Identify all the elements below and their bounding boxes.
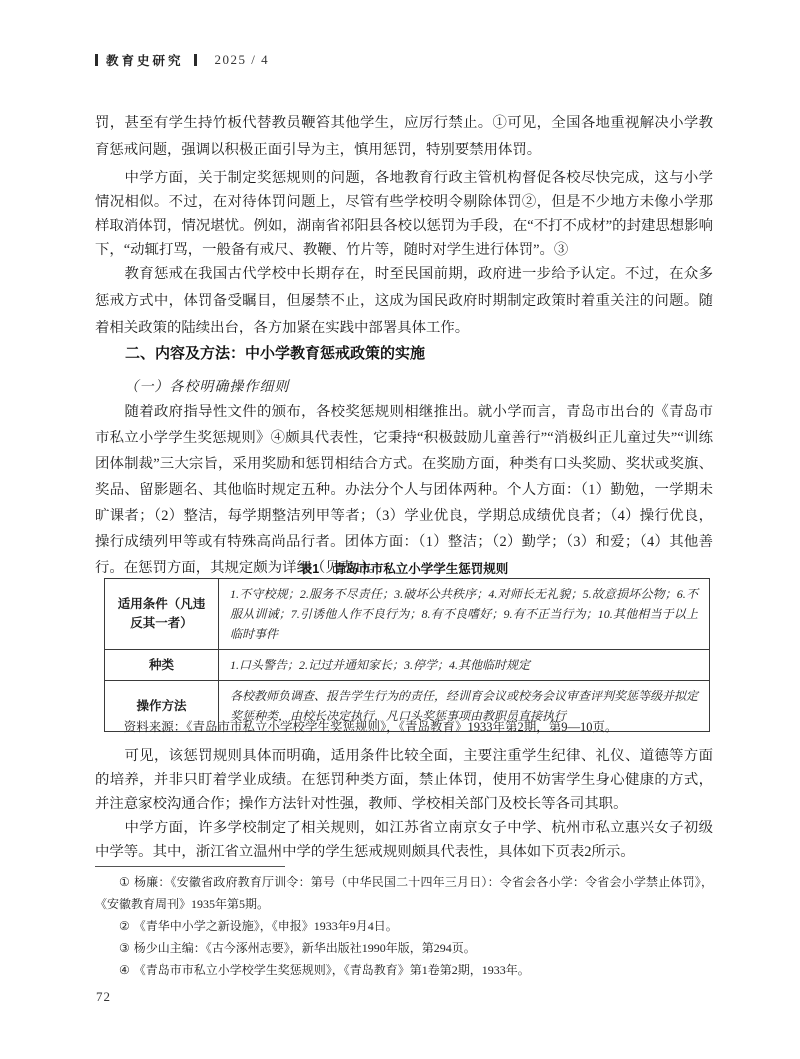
footnote-text: 《青华中小学之新设施》，《申报》1933年9月4日。 (134, 919, 398, 933)
footnote: ①杨廉：《安徽省政府教育厅训令：第号（中华民国二十四年三月日）：令省会各小学：令… (95, 871, 713, 915)
footnote-marker: ① (119, 875, 130, 889)
footnote-text: 杨少山主编：《古今涿州志要》，新华出版社1990年版，第294页。 (134, 941, 476, 955)
header-bar-icon (95, 54, 98, 66)
footnote-marker: ③ (119, 941, 130, 955)
footnote: ③杨少山主编：《古今涿州志要》，新华出版社1990年版，第294页。 (95, 937, 713, 959)
subsection-heading: （一）各校明确操作细则 (95, 376, 713, 396)
footnote-text: 杨廉：《安徽省政府教育厅训令：第号（中华民国二十四年三月日）：令省会各小学：令省… (95, 875, 713, 911)
footnote-separator (95, 866, 285, 867)
footnote-marker: ② (119, 919, 130, 933)
row-content-types: 1.口头警告；2.记过并通知家长；3.停学；4.其他临时规定 (219, 650, 710, 681)
paragraph-middle-schools: 中学方面，关于制定奖惩规则的问题，各地教育行政主管机构督促各校尽快完成，这与小学… (95, 166, 713, 262)
running-head: 教育史研究 2025 / 4 (95, 51, 269, 69)
paragraph-qingdao-rules: 随着政府指导性文件的颁布，各校奖惩规则相继推出。就小学而言，青岛市出台的《青岛市… (95, 399, 713, 581)
table-caption: 表1青岛市市私立小学学生惩罚规则 (95, 559, 713, 577)
paragraph-history: 教育惩戒在我国古代学校中长期存在，时至民国前期，政府进一步给予认定。不过，在众多… (95, 261, 713, 342)
table-caption-label: 表1 (300, 562, 319, 576)
footnote: ②《青华中小学之新设施》，《申报》1933年9月4日。 (95, 915, 713, 937)
row-header-conditions: 适用条件（凡违反其一者） (105, 579, 219, 650)
row-content-conditions: 1.不守校规；2.服务不尽责任；3.破坏公共秩序；4.对师长无礼貌；5.故意损坏… (219, 579, 710, 650)
footnote: ④《青岛市市私立小学校学生奖惩规则》，《青岛教育》第1卷第2期，1933年。 (95, 959, 713, 981)
table-row: 适用条件（凡违反其一者） 1.不守校规；2.服务不尽责任；3.破坏公共秩序；4.… (105, 579, 710, 650)
page-number: 72 (96, 989, 111, 1005)
header-bar-icon (194, 54, 197, 66)
journal-title: 教育史研究 (106, 51, 184, 69)
footnote-marker: ④ (119, 963, 130, 977)
footnotes: ①杨廉：《安徽省政府教育厅训令：第号（中华民国二十四年三月日）：令省会各小学：令… (95, 871, 713, 981)
issue-label: 2025 / 4 (215, 52, 270, 68)
row-header-types: 种类 (105, 650, 219, 681)
table-caption-title: 青岛市市私立小学学生惩罚规则 (333, 562, 508, 576)
table-row: 种类 1.口头警告；2.记过并通知家长；3.停学；4.其他临时规定 (105, 650, 710, 681)
punishment-rules-table: 适用条件（凡违反其一者） 1.不守校规；2.服务不尽责任；3.破坏公共秩序；4.… (104, 578, 710, 732)
footnote-text: 《青岛市市私立小学校学生奖惩规则》，《青岛教育》第1卷第2期，1933年。 (134, 963, 530, 977)
journal-page: 教育史研究 2025 / 4 罚，甚至有学生持竹板代替教员鞭笞其他学生，应厉行禁… (0, 0, 800, 1059)
paragraph-continuation: 罚，甚至有学生持竹板代替教员鞭笞其他学生，应厉行禁止。①可见，全国各地重视解决小… (95, 110, 713, 164)
table-source-note: 资料来源：《青岛市市私立小学校学生奖惩规则》，《青岛教育》1933年第2期，第9… (95, 717, 713, 735)
section-heading: 二、内容及方法：中小学教育惩戒政策的实施 (95, 342, 713, 363)
paragraph-analysis: 可见，该惩罚规则具体而明确，适用条件比较全面，主要注重学生纪律、礼仪、道德等方面… (95, 744, 713, 816)
paragraph-secondary-schools: 中学方面，许多学校制定了相关规则，如江苏省立南京女子中学、杭州市私立惠兴女子初级… (95, 816, 713, 864)
